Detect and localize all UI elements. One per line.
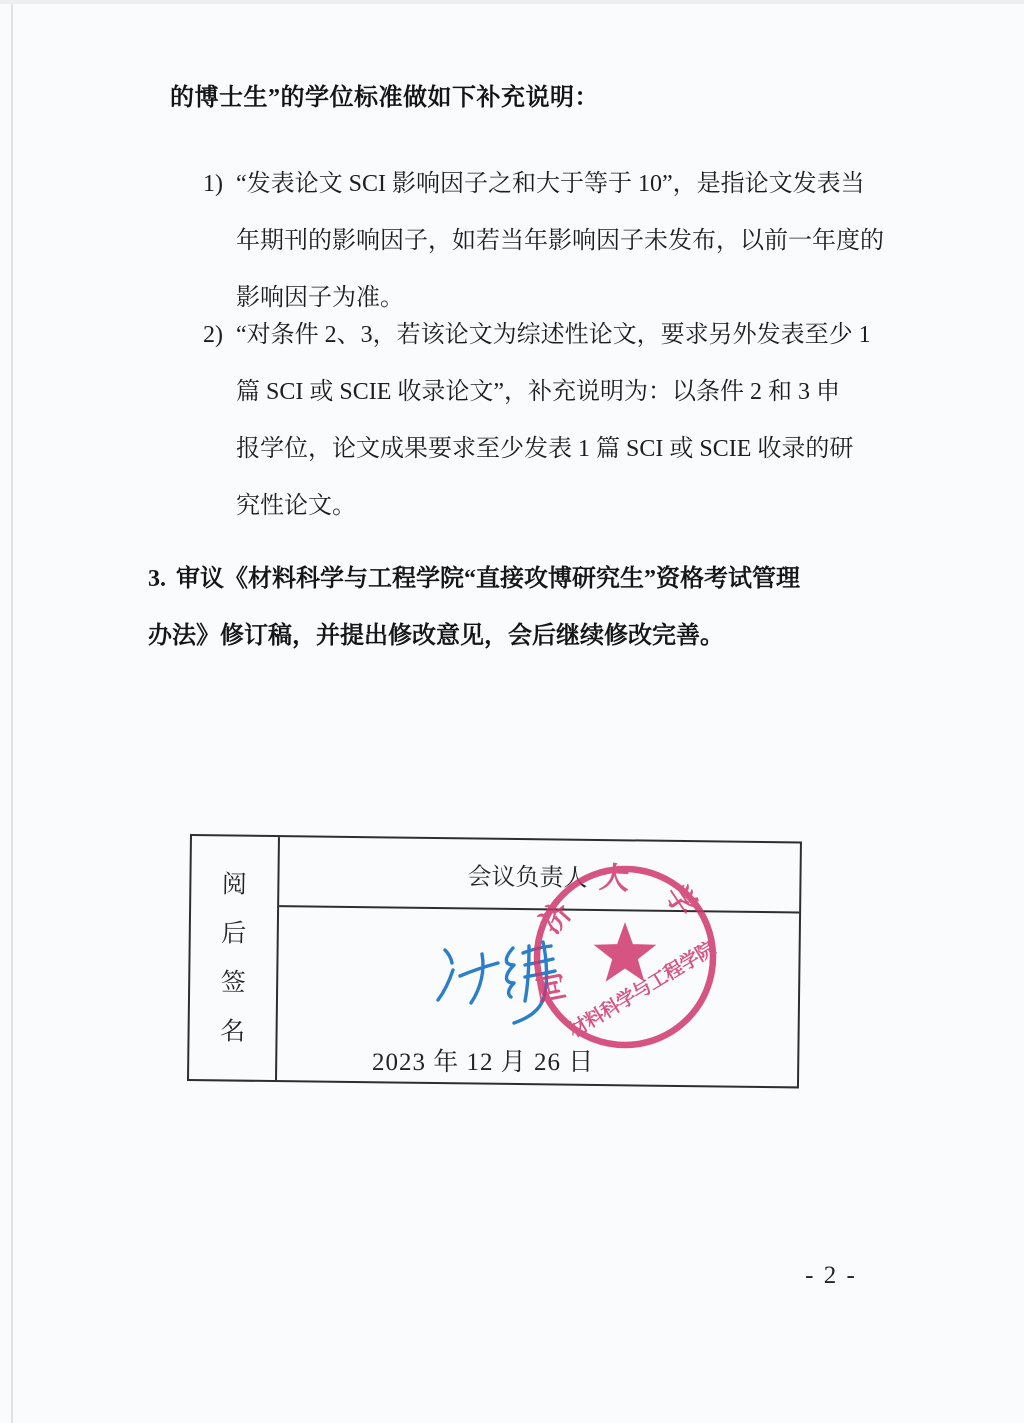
list-marker: 3. [148,566,176,592]
list-item-3: 3.审议《材料科学与工程学院“直接攻博研究生”资格考试管理 办法》修订稿，并提出… [148,551,888,665]
official-red-seal: 同济大学 材料科学与工程学院 [529,861,721,1053]
text-line: 年期刊的影响因子，如若当年影响因子未发布，以前一年度的 [236,213,903,270]
page-number: - 2 - [796,1262,866,1290]
list-marker: 1) [203,156,223,213]
text-line: 究性论文。 [236,478,903,535]
seal-star-icon [594,922,657,982]
text-line: 篇 SCI 或 SCIE 收录论文”，补充说明为：以条件 2 和 3 申 [236,364,903,421]
text-line: 3.审议《材料科学与工程学院“直接攻博研究生”资格考试管理 [148,551,888,608]
scan-edge-artifact [11,0,13,1423]
text-line: “发表论文 SCI 影响因子之和大于等于 10”，是指论文发表当 [236,156,903,213]
list-item-2: 2) “对条件 2、3，若该论文为综述性论文，要求另外发表至少 1 篇 SCI … [203,307,903,535]
scan-edge-artifact-top [0,0,1024,4]
list-marker: 2) [203,307,223,364]
text-line: “对条件 2、3，若该论文为综述性论文，要求另外发表至少 1 [236,307,903,364]
text-line: 办法》修订稿，并提出修改意见，会后继续修改完善。 [148,608,888,665]
read-and-sign-label: 阅 后 签 名 [189,836,280,1080]
text-line: 报学位，论文成果要求至少发表 1 篇 SCI 或 SCIE 收录的研 [236,421,903,478]
list-item-1: 1) “发表论文 SCI 影响因子之和大于等于 10”，是指论文发表当 年期刊的… [203,156,903,327]
section-heading: 的博士生”的学位标准做如下补充说明： [170,76,890,120]
